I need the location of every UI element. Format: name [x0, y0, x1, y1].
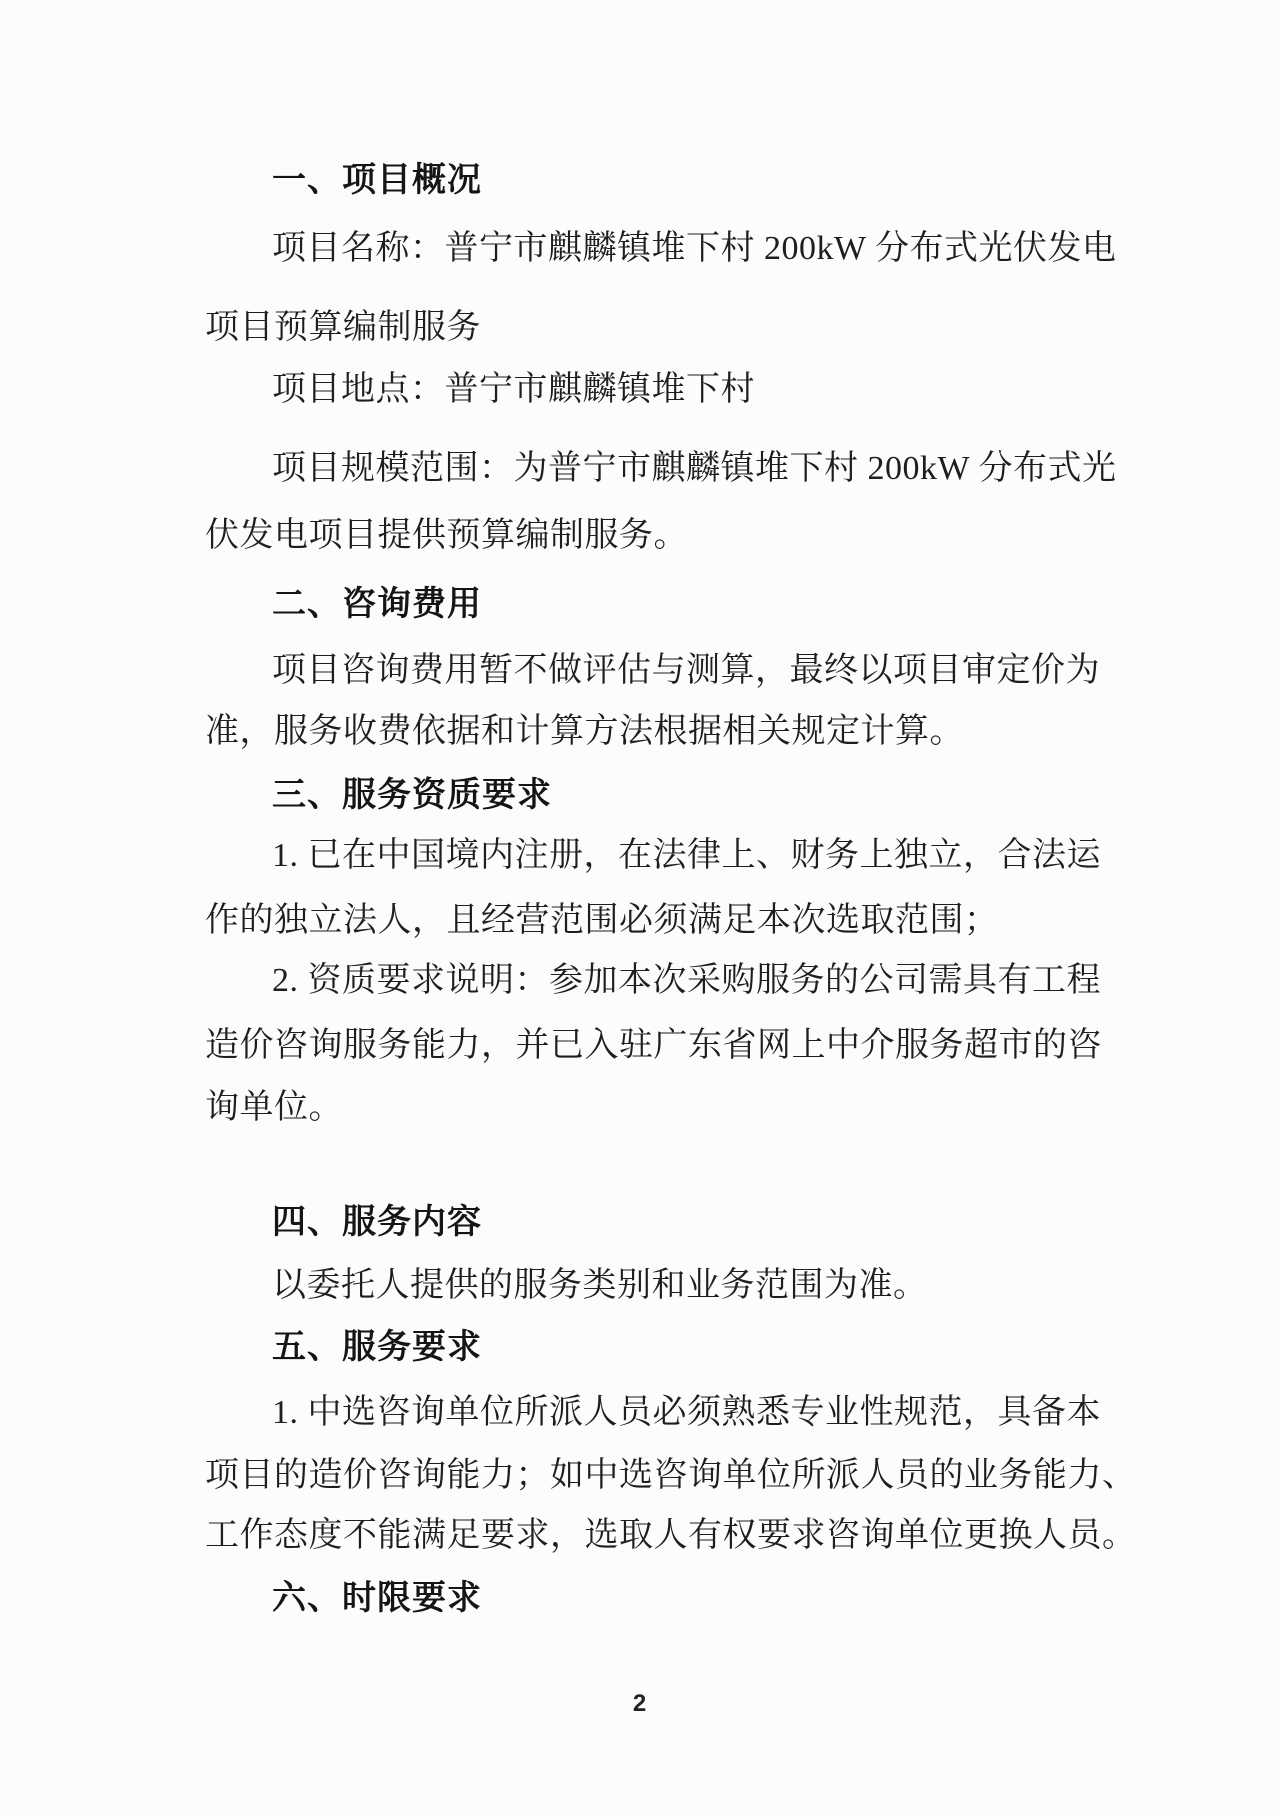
body-line-service-req-1-cont: 项目的造价咨询能力；如中选咨询单位所派人员的业务能力、 [205, 1455, 1137, 1496]
body-line-qualification-2-cont: 造价咨询服务能力，并已入驻广东省网上中介服务超市的咨 [205, 1025, 1102, 1066]
body-line-consulting-fee: 项目咨询费用暂不做评估与测算，最终以项目审定价为 [272, 650, 1100, 691]
body-line-service-req-1-end: 工作态度不能满足要求，选取人有权要求咨询单位更换人员。 [205, 1515, 1137, 1556]
body-line-qualification-1: 1. 已在中国境内注册，在法律上、财务上独立，合法运 [272, 835, 1101, 876]
body-line-project-scope: 项目规模范围：为普宁市麒麟镇堆下村 200kW 分布式光 [272, 448, 1116, 489]
section-heading-time-limit: 六、时限要求 [272, 1578, 482, 1619]
body-line-service-req-1: 1. 中选咨询单位所派人员必须熟悉专业性规范，具备本 [272, 1392, 1101, 1433]
section-heading-qualification: 三、服务资质要求 [272, 775, 552, 816]
body-line-project-location: 项目地点：普宁市麒麟镇堆下村 [272, 369, 755, 410]
body-line-consulting-fee-cont: 准，服务收费依据和计算方法根据相关规定计算。 [205, 711, 964, 752]
body-line-qualification-2: 2. 资质要求说明：参加本次采购服务的公司需具有工程 [272, 960, 1101, 1001]
body-line-project-name-cont: 项目预算编制服务 [205, 307, 481, 348]
document-page: 一、项目概况 项目名称：普宁市麒麟镇堆下村 200kW 分布式光伏发电 项目预算… [0, 0, 1279, 1817]
section-heading-service-content: 四、服务内容 [272, 1202, 482, 1243]
body-line-project-scope-cont: 伏发电项目提供预算编制服务。 [205, 515, 688, 556]
body-line-qualification-2-end: 询单位。 [205, 1087, 343, 1128]
body-line-project-name: 项目名称：普宁市麒麟镇堆下村 200kW 分布式光伏发电 [272, 228, 1116, 269]
section-heading-project-overview: 一、项目概况 [272, 160, 482, 201]
page-number: 2 [0, 1690, 1279, 1718]
section-heading-service-requirements: 五、服务要求 [272, 1327, 482, 1368]
section-heading-consulting-fee: 二、咨询费用 [272, 584, 482, 625]
body-line-qualification-1-cont: 作的独立法人，且经营范围必须满足本次选取范围； [205, 900, 999, 941]
body-line-service-content: 以委托人提供的服务类别和业务范围为准。 [272, 1265, 928, 1306]
